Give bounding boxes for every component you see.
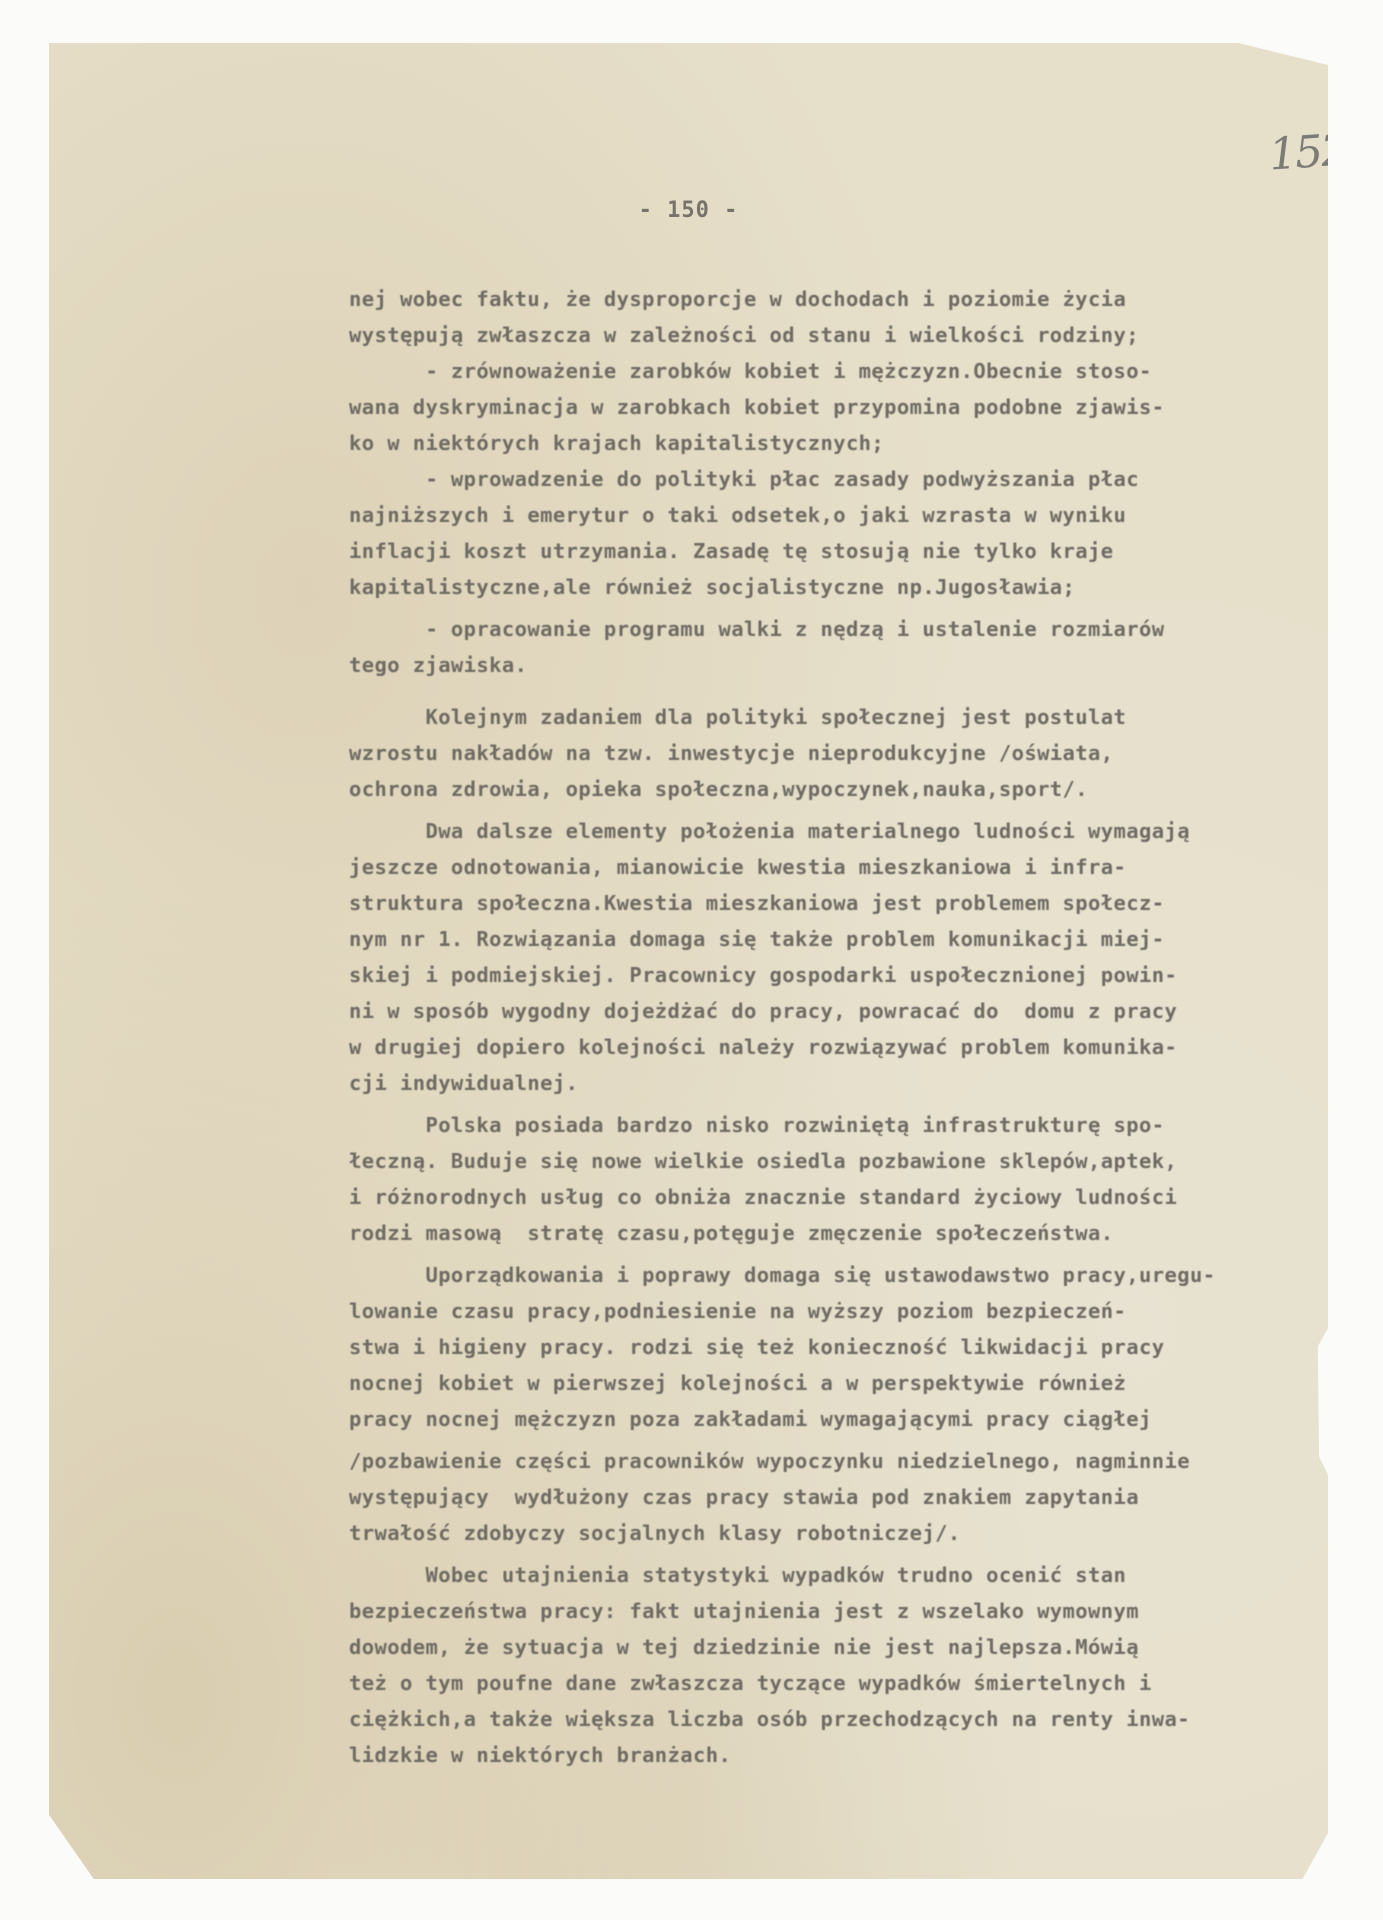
text-line: tego zjawiska.	[349, 647, 1383, 683]
text-line: Dwa dalsze elementy położenia materialne…	[349, 813, 1383, 849]
text-line: /pozbawienie części pracowników wypoczyn…	[349, 1443, 1383, 1479]
text-line: ko w niektórych krajach kapitalistycznyc…	[349, 425, 1383, 461]
text-line: nej wobec faktu, że dysproporcje w docho…	[349, 281, 1383, 317]
text-line: najniższych i emerytur o taki odsetek,o …	[349, 497, 1383, 533]
text-line: lidzkie w niektórych branżach.	[349, 1737, 1383, 1773]
text-line: ciężkich,a także większa liczba osób prz…	[349, 1701, 1383, 1737]
text-line: cji indywidualnej.	[349, 1065, 1383, 1101]
text-line: Polska posiada bardzo nisko rozwiniętą i…	[349, 1107, 1383, 1143]
text-line: inflacji koszt utrzymania. Zasadę tę sto…	[349, 533, 1383, 569]
typewritten-body: nej wobec faktu, że dysproporcje w docho…	[349, 281, 1383, 1773]
text-line: też o tym poufne dane zwłaszcza tyczące …	[349, 1665, 1383, 1701]
text-line: w drugiej dopiero kolejności należy rozw…	[349, 1029, 1383, 1065]
text-line: ni w sposób wygodny dojeżdżać do pracy, …	[349, 993, 1383, 1029]
text-line: lowanie czasu pracy,podniesienie na wyżs…	[349, 1293, 1383, 1329]
text-line: struktura społeczna.Kwestia mieszkaniowa…	[349, 885, 1383, 921]
text-line: wana dyskryminacja w zarobkach kobiet pr…	[349, 389, 1383, 425]
text-line: rodzi masową stratę czasu,potęguje zmęcz…	[349, 1215, 1383, 1251]
text-line: Kolejnym zadaniem dla polityki społeczne…	[349, 699, 1383, 735]
text-line: kapitalistyczne,ale również socjalistycz…	[349, 569, 1383, 605]
text-line: Wobec utajnienia statystyki wypadków tru…	[349, 1557, 1383, 1593]
text-line: bezpieczeństwa pracy: fakt utajnienia je…	[349, 1593, 1383, 1629]
text-line: Uporządkowania i poprawy domaga się usta…	[349, 1257, 1383, 1293]
text-line: trwałość zdobyczy socjalnych klasy robot…	[349, 1515, 1383, 1551]
text-line: - opracowanie programu walki z nędzą i u…	[349, 611, 1383, 647]
text-line: występujący wydłużony czas pracy stawia …	[349, 1479, 1383, 1515]
text-line: pracy nocnej mężczyzn poza zakładami wym…	[349, 1401, 1383, 1437]
text-line: ochrona zdrowia, opieka społeczna,wypocz…	[349, 771, 1383, 807]
text-line: nym nr 1. Rozwiązania domaga się także p…	[349, 921, 1383, 957]
text-line: jeszcze odnotowania, mianowicie kwestia …	[349, 849, 1383, 885]
text-line: łeczną. Buduje się nowe wielkie osiedla …	[349, 1143, 1383, 1179]
document-page: 152 - 150 - nej wobec faktu, że dyspropo…	[49, 43, 1328, 1879]
handwritten-folio-number: 152	[1267, 124, 1348, 180]
text-line: - zrównoważenie zarobków kobiet i mężczy…	[349, 353, 1383, 389]
text-line: nocnej kobiet w pierwszej kolejności a w…	[349, 1365, 1383, 1401]
text-line: wzrostu nakładów na tzw. inwestycje niep…	[349, 735, 1383, 771]
text-line: dowodem, że sytuacja w tej dziedzinie ni…	[349, 1629, 1383, 1665]
text-line: stwa i higieny pracy. rodzi się też koni…	[349, 1329, 1383, 1365]
text-line: i różnorodnych usług co obniża znacznie …	[349, 1179, 1383, 1215]
text-line: - wprowadzenie do polityki płac zasady p…	[349, 461, 1383, 497]
text-line: skiej i podmiejskiej. Pracownicy gospoda…	[349, 957, 1383, 993]
page-number: - 150 -	[49, 198, 1328, 223]
text-line: występują zwłaszcza w zależności od stan…	[349, 317, 1383, 353]
